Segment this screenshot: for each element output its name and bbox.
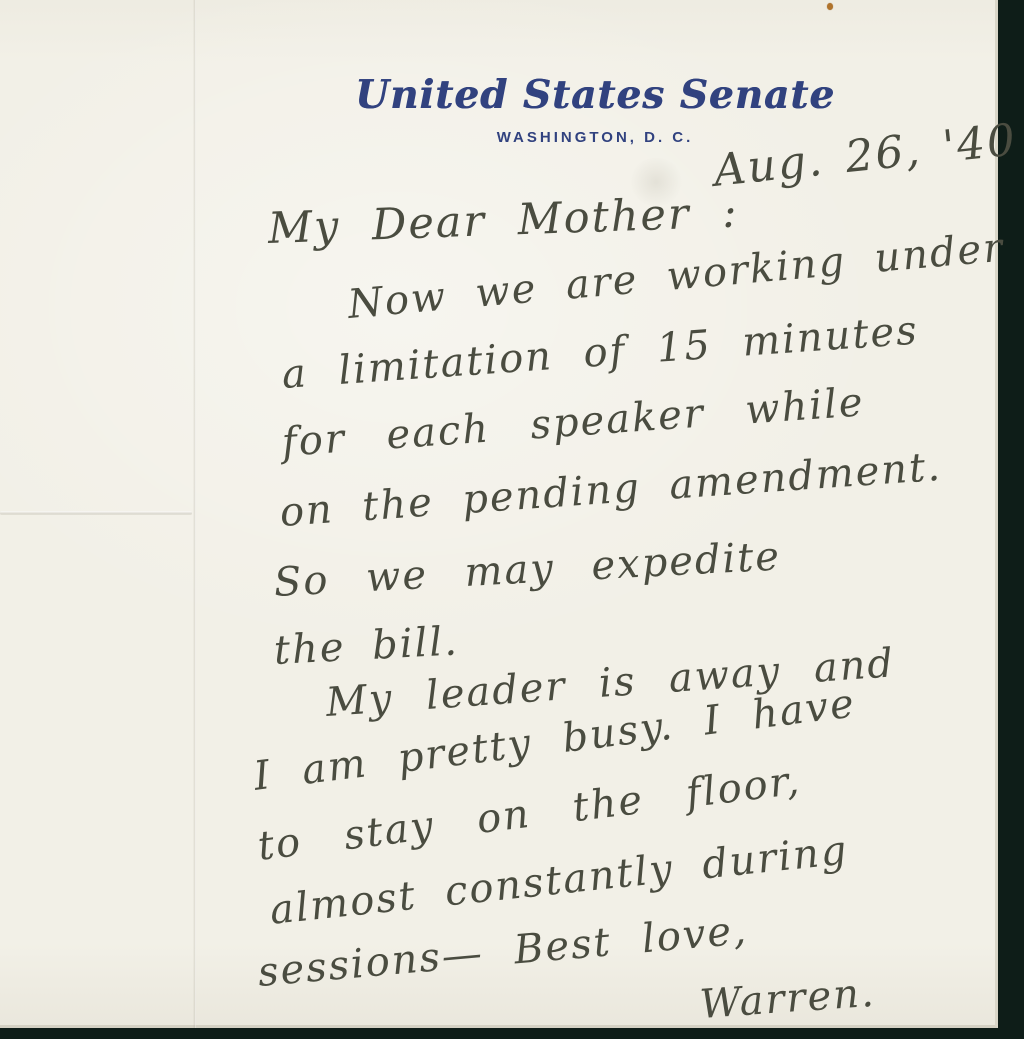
letter-paper: United States Senate WASHINGTON, D. C. A… <box>0 0 998 1028</box>
letterhead-title: United States Senate <box>295 72 895 118</box>
scanned-letter-page: { "document": { "kind": "handwritten-let… <box>0 0 1024 1039</box>
salutation-line: My Dear Mother : <box>267 188 739 254</box>
handwritten-line: for each speaker while <box>280 379 866 466</box>
vertical-fold-line <box>193 0 196 1028</box>
signature: Warren. <box>698 970 877 1028</box>
paper-speck <box>827 3 833 10</box>
handwritten-line: So we may expedite <box>273 533 782 606</box>
horizontal-fold-crease <box>0 511 192 515</box>
handwritten-date: Aug. 26, '40 <box>711 114 1019 197</box>
handwritten-line: the bill. <box>273 618 460 674</box>
